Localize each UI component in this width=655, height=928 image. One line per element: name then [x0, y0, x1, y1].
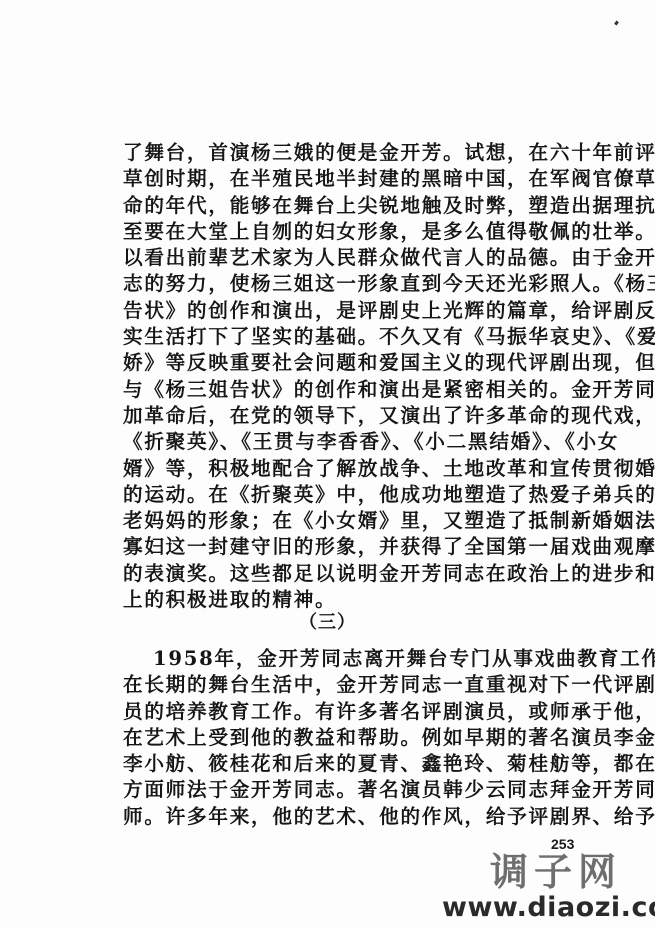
text-line: 员的培养教育工作。有许多著名评剧演员，或师承于他，或 — [123, 699, 595, 725]
paragraph-2: 1958年，金开芳同志离开舞台专门从事戏曲教育工作。 在长期的舞台生活中，金开芳… — [123, 646, 595, 830]
text-line: 《折聚英》、《王贯与李香香》、《小二黑结婚》、《小女 — [123, 429, 595, 455]
watermark-url: www.diaozi.com — [442, 893, 655, 923]
text-line: 了舞台，首演杨三娥的便是金开芳。试想，在六十年前评剧的 — [123, 140, 595, 166]
text-line: 李小舫、筱桂花和后来的夏青、鑫艳玲、菊桂舫等，都在许多 — [123, 751, 595, 777]
text-line: 至要在大堂上自刎的妇女形象，是多么值得敬佩的壮举。也可 — [123, 219, 595, 245]
text-line: 在长期的舞台生活中，金开芳同志一直重视对下一代评剧演 — [123, 672, 595, 698]
text-line: 师。许多年来，他的艺术、他的作风，给予评剧界、给予他同 — [123, 804, 595, 830]
scanned-book-page: 了舞台，首演杨三娥的便是金开芳。试想，在六十年前评剧的 草创时期，在半殖民地半封… — [0, 0, 655, 928]
text-line: 娇》等反映重要社会问题和爱国主义的现代评剧出现，但这都 — [123, 350, 595, 376]
section-heading: （三） — [0, 608, 655, 634]
text-line: 方面师法于金开芳同志。著名演员韩少云同志拜金开芳同志为 — [123, 777, 595, 803]
paragraph-1: 了舞台，首演杨三娥的便是金开芳。试想，在六十年前评剧的 草创时期，在半殖民地半封… — [123, 140, 595, 613]
text-line: 命的年代，能够在舞台上尖锐地触及时弊，塑造出据理抗争甚 — [123, 193, 595, 219]
text-line: 加革命后，在党的领导下，又演出了许多革命的现代戏，如 — [123, 403, 595, 429]
text-line: 的表演奖。这些都足以说明金开芳同志在政治上的进步和艺术 — [123, 561, 595, 587]
text-line: 寡妇这一封建守旧的形象，并获得了全国第一届戏曲观摩演出 — [123, 534, 595, 560]
text-line: 在艺术上受到他的教益和帮助。例如早期的著名演员李金顺、 — [123, 725, 595, 751]
text-line: 老妈妈的形象；在《小女婿》里，又塑造了抵制新婚姻法的罗 — [123, 508, 595, 534]
text-line: 婿》等，积极地配合了解放战争、土地改革和宣传贯彻婚姻法 — [123, 456, 595, 482]
text-line: 草创时期，在半殖民地半封建的黑暗中国，在军阀官僚草菅人 — [123, 166, 595, 192]
text-line: 与《杨三姐告状》的创作和演出是紧密相关的。金开芳同志参 — [123, 377, 595, 403]
text-line: 以看出前辈艺术家为人民群众做代言人的品德。由于金开芳同 — [123, 245, 595, 271]
text-line: 的运动。在《折聚英》中，他成功地塑造了热爱子弟兵的革命 — [123, 482, 595, 508]
text-line: 1958年，金开芳同志离开舞台专门从事戏曲教育工作。 — [123, 646, 595, 672]
text-line: 实生活打下了坚实的基础。不久又有《马振华哀史》、《爱国 — [123, 324, 595, 350]
scan-speck — [614, 21, 619, 26]
text-line: 告状》的创作和演出，是评剧史上光辉的篇章，给评剧反映现 — [123, 298, 595, 324]
watermark-logo-text: 调子网 — [490, 852, 622, 892]
text-line: 志的努力，使杨三姐这一形象直到今天还光彩照人。《杨三姐 — [123, 271, 595, 297]
